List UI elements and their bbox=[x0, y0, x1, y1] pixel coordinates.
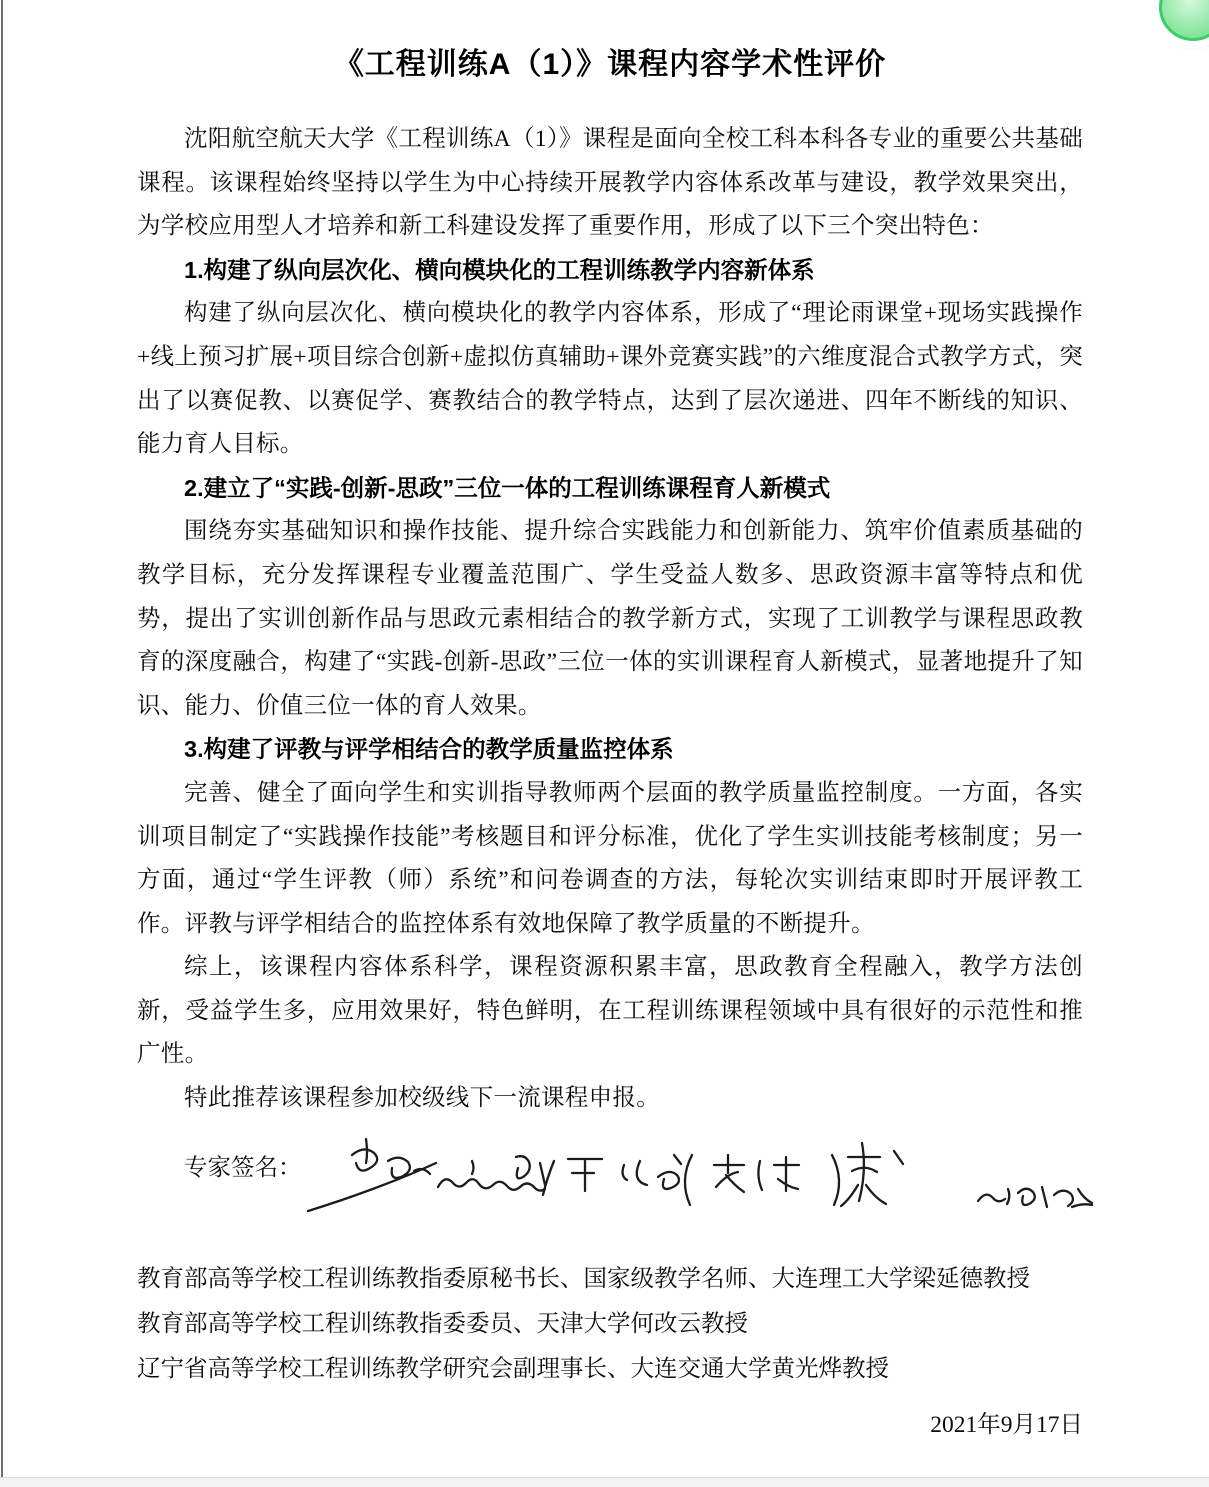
section-3-body: 完善、健全了面向学生和实训指导教师两个层面的教学质量监控制度。一方面，各实训项目… bbox=[137, 772, 1083, 946]
summary-paragraph: 综上，该课程内容体系科学，课程资源积累丰富，思政教育全程融入，教学方法创新，受益… bbox=[137, 946, 1083, 1077]
document-title: 《工程训练A（1）》课程内容学术性评价 bbox=[137, 46, 1083, 84]
recommendation-paragraph: 特此推荐该课程参加校级线下一流课程申报。 bbox=[137, 1077, 1083, 1121]
signature-label: 专家签名： bbox=[184, 1129, 302, 1191]
signature-row: 专家签名： bbox=[137, 1129, 1083, 1235]
section-2-heading: 2.建立了“实践-创新-思政”三位一体的工程训练课程育人新模式 bbox=[137, 467, 1083, 511]
expert-credential-2: 教育部高等学校工程训练教指委委员、天津大学何改云教授 bbox=[137, 1302, 1083, 1347]
document-date: 2021年9月17日 bbox=[137, 1410, 1083, 1440]
expert-credential-1: 教育部高等学校工程训练教指委原秘书长、国家级教学名师、大连理工大学梁延德教授 bbox=[137, 1257, 1083, 1302]
document-page: 《工程训练A（1）》课程内容学术性评价 沈阳航空航天大学《工程训练A（1）》课程… bbox=[137, 0, 1083, 1440]
page-left-border bbox=[1, 0, 3, 1478]
signature-huang-guangye bbox=[841, 1143, 903, 1206]
expert-credential-3: 辽宁省高等学校工程训练教学研究会副理事长、大连交通大学黄光烨教授 bbox=[137, 1347, 1083, 1392]
section-1-heading: 1.构建了纵向层次化、横向模块化的工程训练教学内容新体系 bbox=[137, 249, 1083, 293]
floating-widget-button[interactable] bbox=[1159, 0, 1209, 41]
signature-he-gaiyun bbox=[543, 1155, 681, 1195]
expert-signatures-handwriting bbox=[302, 1129, 1108, 1235]
section-1-body: 构建了纵向层次化、横向模块化的教学内容体系，形成了“理论雨课堂+现场实践操作+线… bbox=[137, 292, 1083, 466]
section-3-heading: 3.构建了评教与评学相结合的教学质量监控体系 bbox=[137, 728, 1083, 772]
expert-credentials: 教育部高等学校工程训练教指委原秘书长、国家级教学名师、大连理工大学梁延德教授 教… bbox=[137, 1257, 1083, 1392]
signature-script-2 bbox=[438, 1156, 545, 1190]
signature-liang-yande bbox=[308, 1139, 436, 1211]
signature-tianjin-university bbox=[684, 1155, 838, 1205]
signature-dalian-jiaotong bbox=[978, 1187, 1092, 1207]
intro-paragraph: 沈阳航空航天大学《工程训练A（1）》课程是面向全校工科本科各专业的重要公共基础课… bbox=[137, 118, 1083, 249]
section-2-body: 围绕夯实基础知识和操作技能、提升综合实践能力和创新能力、筑牢价值素质基础的教学目… bbox=[137, 510, 1083, 728]
page-bottom-strip bbox=[0, 1477, 1209, 1487]
